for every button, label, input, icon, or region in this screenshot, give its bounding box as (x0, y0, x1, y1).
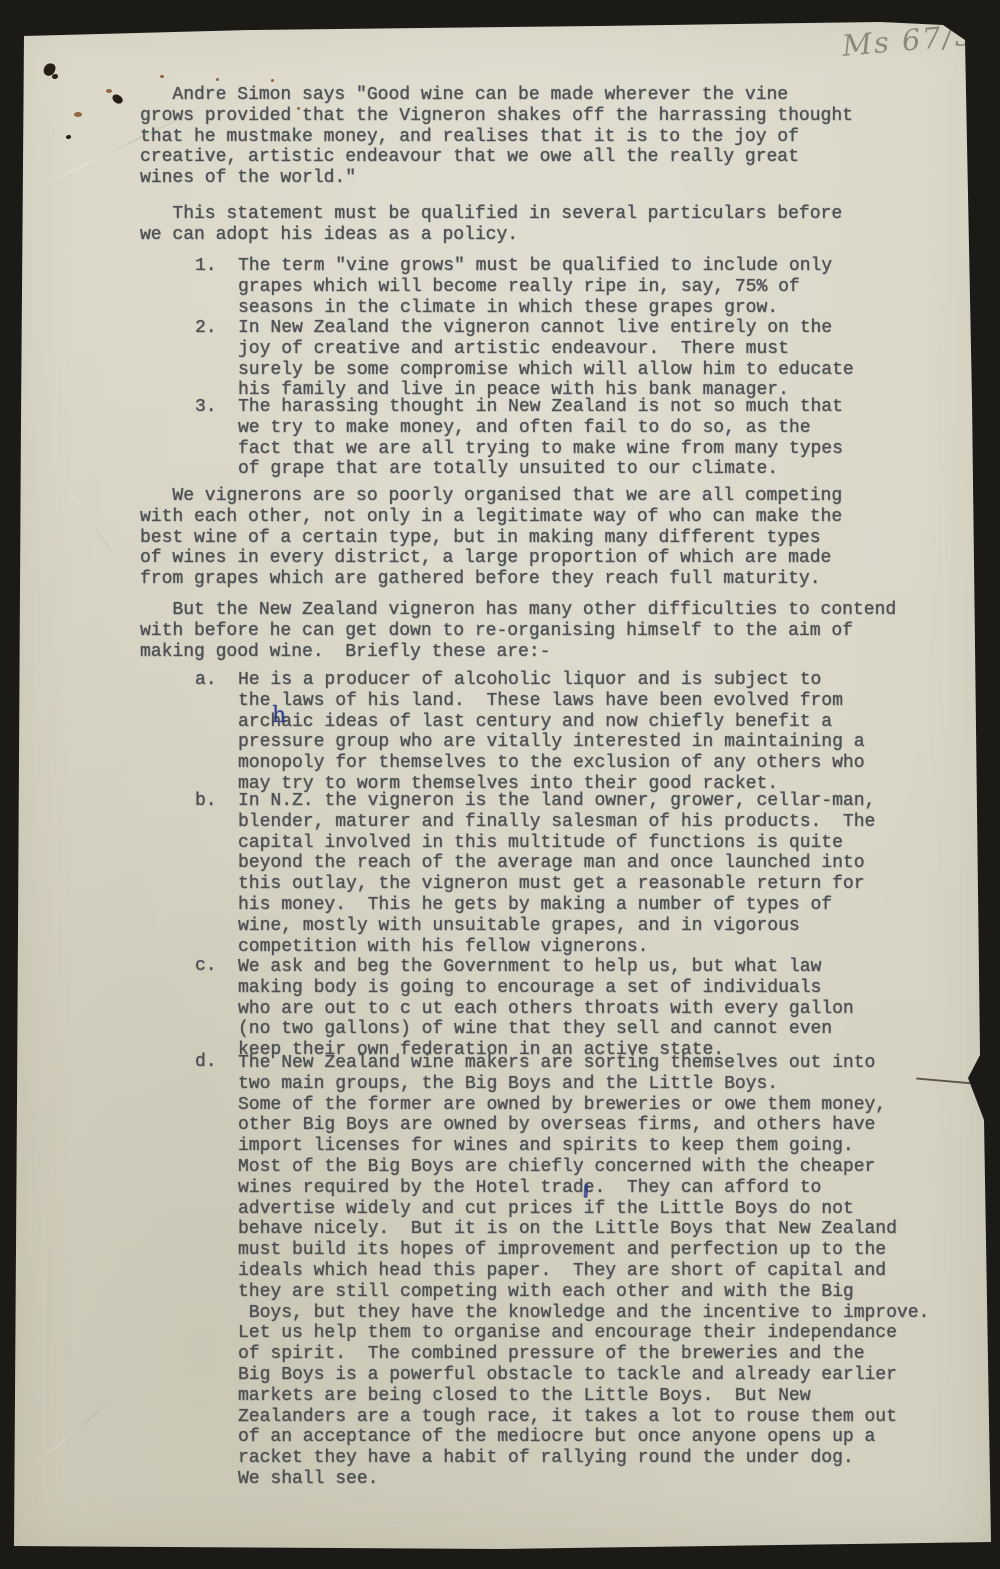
numbered-item-3-text: The harassing thought in New Zealand is … (238, 397, 843, 480)
list-marker-b: b. (195, 791, 238, 957)
ink-spot (52, 74, 58, 79)
list-marker-1: 1. (195, 256, 238, 318)
list-marker-3: 3. (195, 397, 238, 480)
photo-background: Ms 67/3 Andre Simon says "Good wine can … (0, 0, 1000, 1569)
ink-spot (42, 61, 57, 77)
foxing-speck (160, 75, 164, 78)
numbered-item-1-text: The term "vine grows" must be qualified … (238, 256, 832, 318)
lettered-item-c-text: We ask and beg the Government to help us… (238, 957, 854, 1061)
crease-line (55, 471, 125, 570)
list-marker-a: a. (195, 670, 238, 795)
paragraph-andre-simon-quote: Andre Simon says "Good wine can be made … (140, 85, 853, 189)
foxing-speck (106, 89, 112, 93)
archive-reference-pencil: Ms 67/3 (841, 15, 1000, 63)
lettered-item-b-text: In N.Z. the vigneron is the land owner, … (238, 791, 875, 957)
ink-spot (111, 92, 125, 105)
lettered-item-a: a. He is a producer of alcoholic liquor … (195, 670, 865, 795)
paragraph-statement-qualified: This statement must be qualified in seve… (140, 204, 842, 246)
lettered-item-d-text: The New Zealand wine makers are sorting … (238, 1053, 929, 1490)
lettered-item-c: c. We ask and beg the Government to help… (195, 957, 854, 1061)
numbered-item-2: 2. In New Zealand the vigneron cannot li… (195, 318, 854, 401)
numbered-item-3: 3. The harassing thought in New Zealand … (195, 397, 843, 480)
numbered-item-2-text: In New Zealand the vigneron cannot live … (238, 318, 854, 401)
lettered-item-d: d. The New Zealand wine makers are sorti… (195, 1053, 929, 1490)
paragraph-other-difficulties: But the New Zealand vigneron has many ot… (140, 600, 896, 662)
foxing-speck (271, 79, 274, 82)
ink-spot (66, 135, 71, 139)
foxing-speck (216, 78, 219, 81)
crease-line (32, 1395, 118, 1467)
document-page: Ms 67/3 Andre Simon says "Good wine can … (0, 0, 1000, 1569)
list-marker-c: c. (195, 957, 238, 1061)
lettered-item-b: b. In N.Z. the vigneron is the land owne… (195, 791, 875, 957)
lettered-item-a-text: He is a producer of alcoholic liquor and… (238, 670, 865, 795)
list-marker-2: 2. (195, 318, 238, 401)
foxing-speck (74, 112, 82, 117)
list-marker-d: d. (195, 1053, 238, 1490)
paragraph-vignerons-competing: We vignerons are so poorly organised tha… (140, 486, 842, 590)
numbered-item-1: 1. The term "vine grows" must be qualifi… (195, 256, 832, 318)
